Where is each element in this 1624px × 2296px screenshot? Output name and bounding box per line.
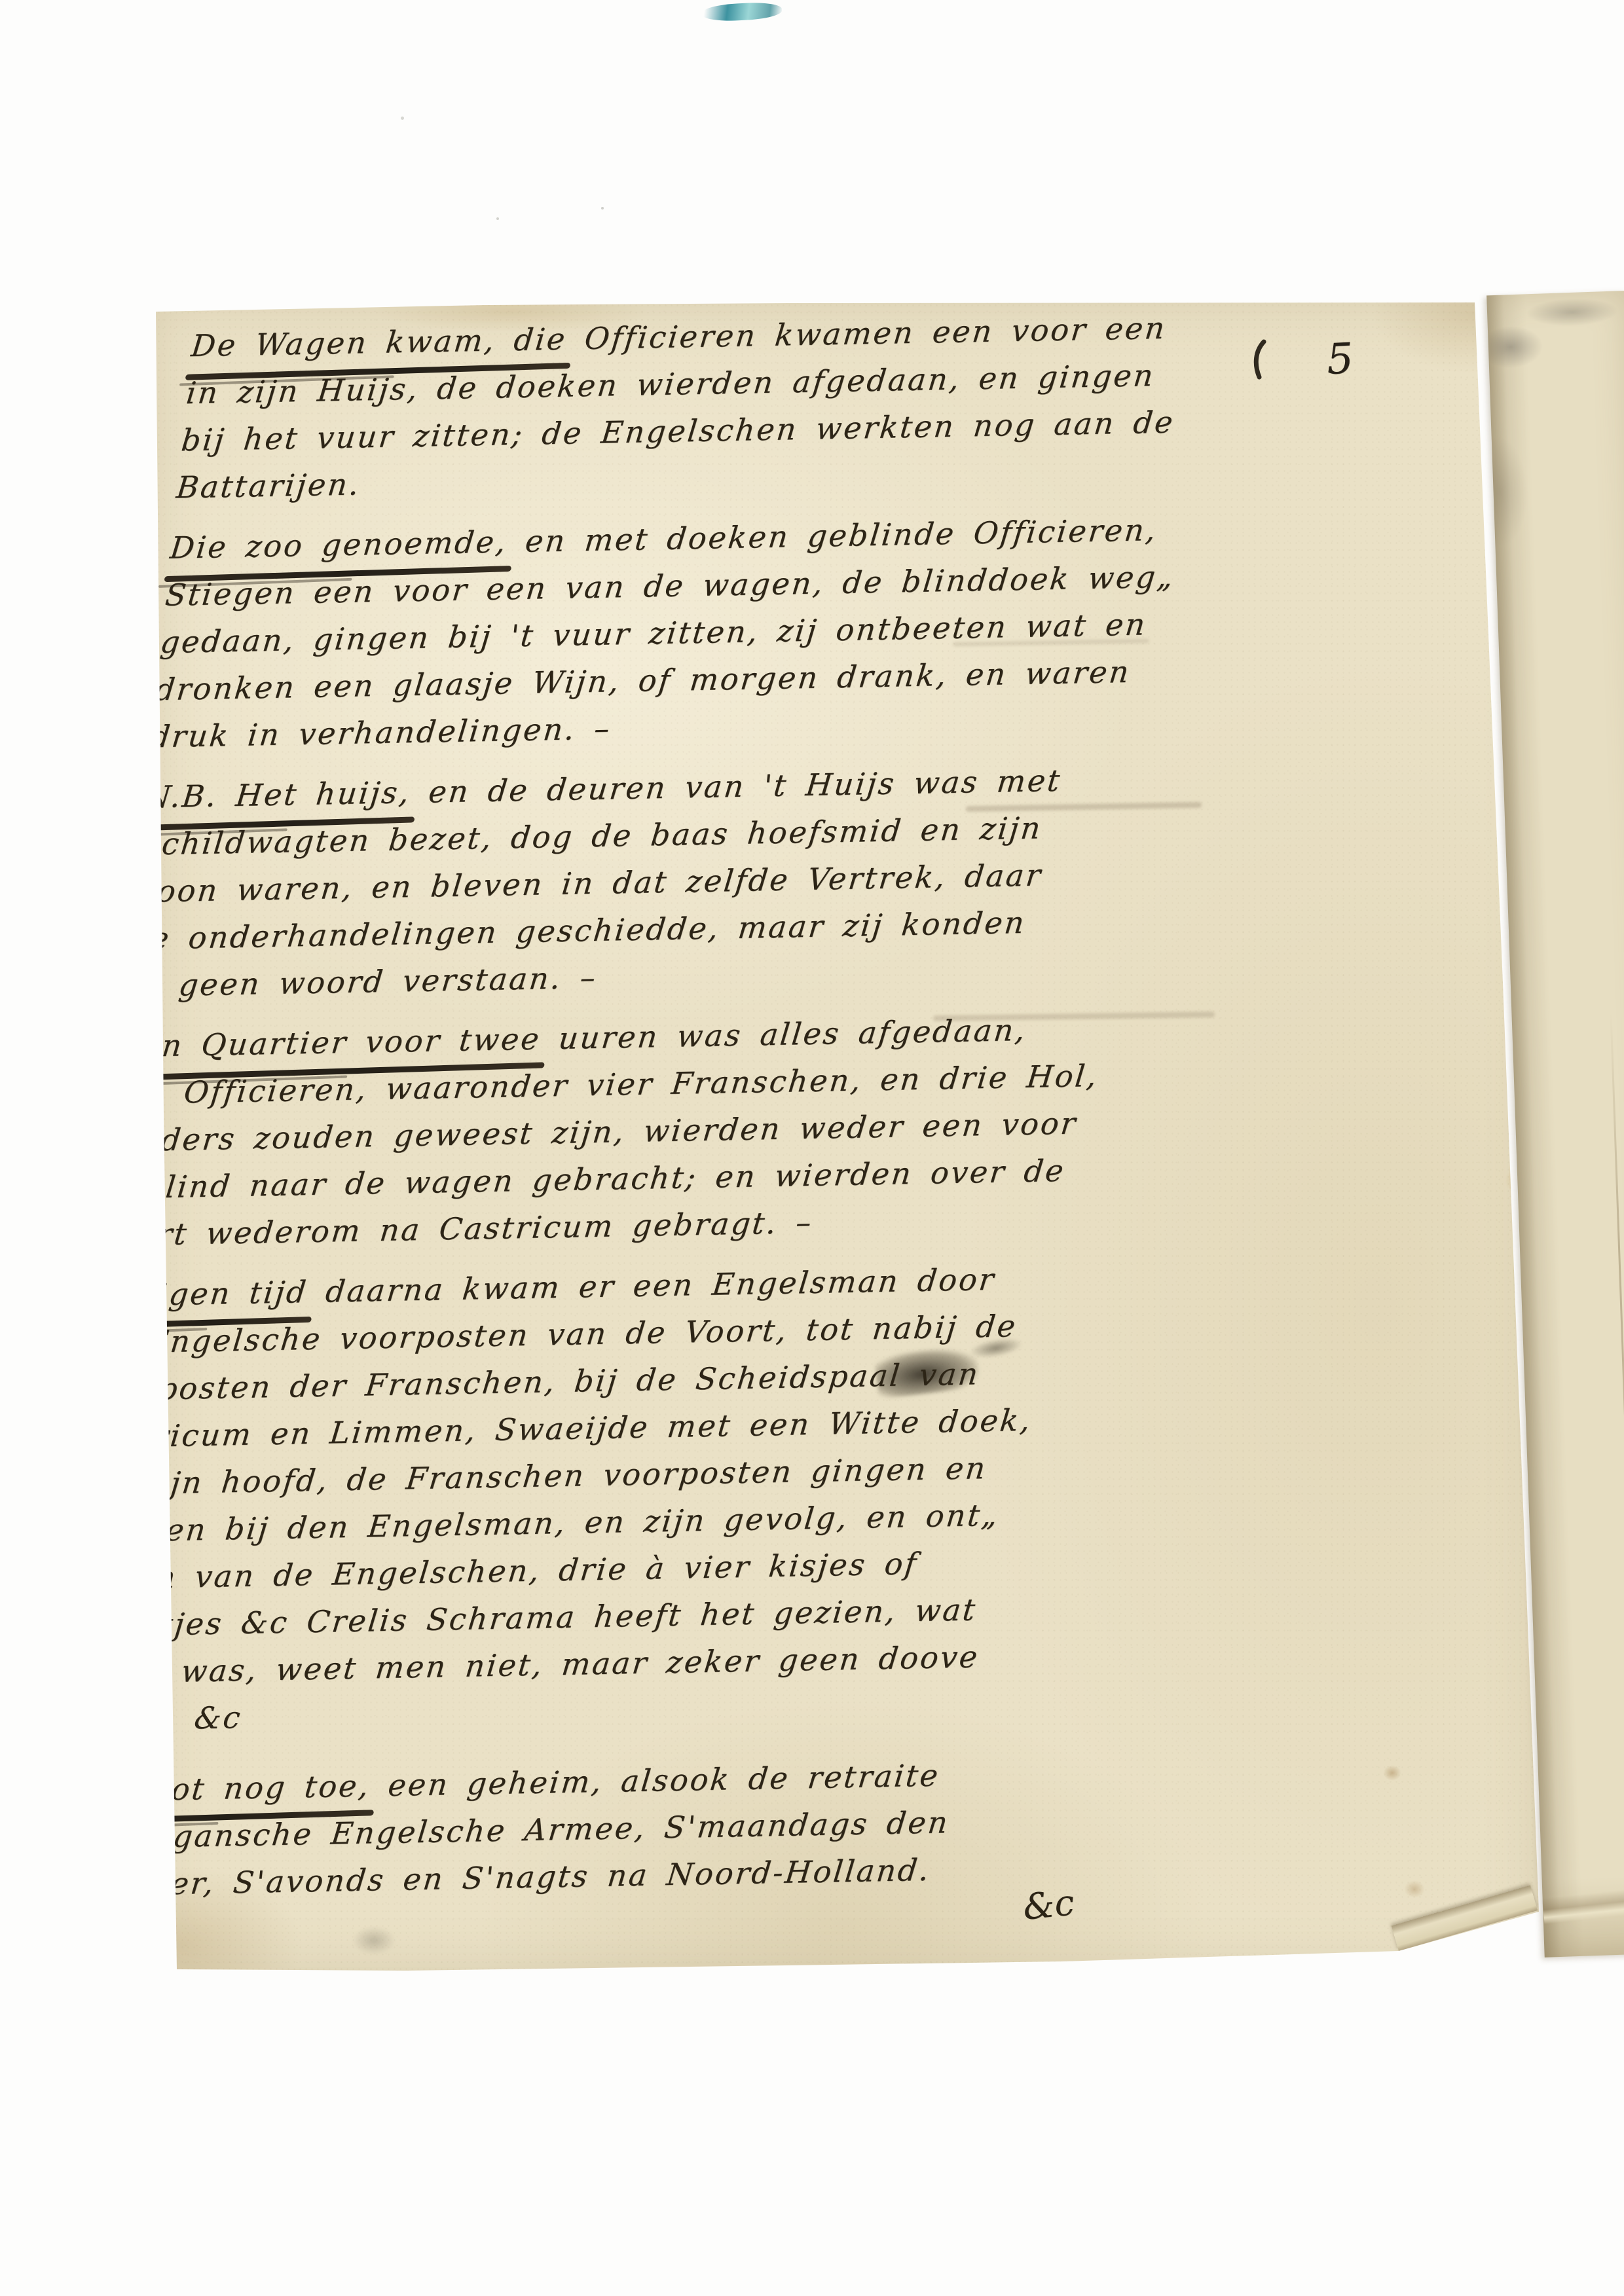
underlined-phrase: Eenigen tijd (90, 1268, 310, 1319)
paragraph: Een Quartier voor twee uuren was alles a… (96, 1003, 1194, 1259)
underlined-phrase: De Wagen kwam, die (189, 315, 569, 369)
paragraph: De Wagen kwam, die Officieren kwamen een… (174, 302, 1268, 511)
scanned-document: De Wagen kwam, die Officieren kwamen een… (0, 0, 1624, 2296)
fold-crease (1610, 1011, 1624, 1921)
underlined-phrase: N.B. Het huijs, (142, 769, 413, 821)
stain (1383, 1765, 1401, 1781)
teal-scanner-mark (701, 1, 782, 22)
dust-speck (401, 117, 404, 120)
paragraph: Eenigen tijd daarna kwam er een Engelsma… (46, 1252, 1169, 1745)
stain (352, 1926, 396, 1955)
dust-speck (601, 207, 604, 210)
paragraph: N.B. Het huijs, en de deuren van 't Huij… (122, 754, 1221, 1010)
underlined-phrase: Een Quartier voor twee (116, 1015, 544, 1070)
ink-fleck (693, 2134, 710, 2157)
fold-crease (1541, 1884, 1624, 1924)
dust-speck (496, 217, 499, 220)
underlined-phrase: Dit is tot nog toe, (38, 1762, 373, 1815)
paragraph: Dit is tot nog toe, een geheim, alsook d… (28, 1749, 1116, 1910)
page-number: 5 (1325, 335, 1355, 384)
handwritten-text-block: De Wagen kwam, die Officieren kwamen een… (27, 302, 1268, 1923)
stain (1404, 1880, 1425, 1898)
underlined-phrase: Die zoo genoemde, (168, 518, 509, 572)
paragraph: Die zoo genoemde, en met doeken geblinde… (148, 505, 1246, 761)
manuscript-page: De Wagen kwam, die Officieren kwamen een… (144, 295, 1545, 1977)
etc-end-mark: &c (1021, 1882, 1076, 1928)
pen-stroke-mark (1249, 339, 1269, 384)
